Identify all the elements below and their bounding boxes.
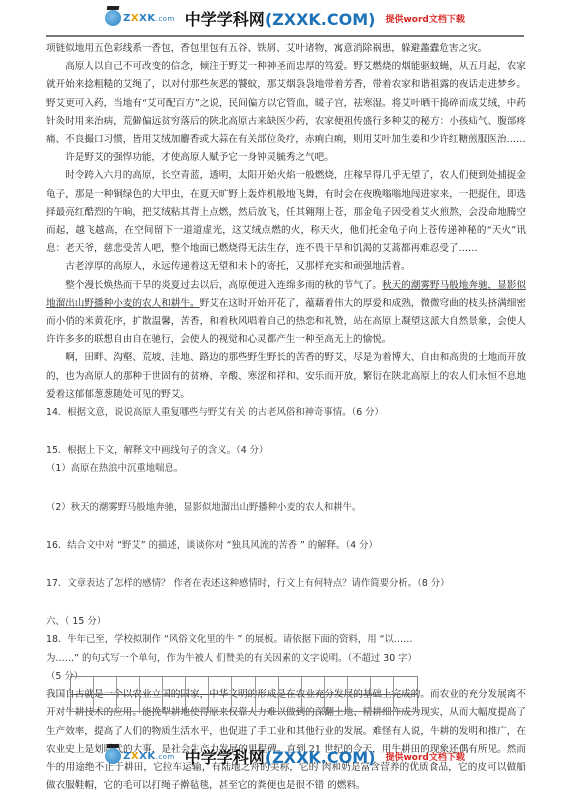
site-name: 中学学科网(ZXXK.COM) [185,745,376,768]
question-18-line-2: 为……” 的句式写一个单句，作为牛被人 们赞美的有关因素的文字说明。（不超过 3… [46,650,526,668]
answer-grid-cell[interactable] [279,677,302,695]
answer-grid-cell[interactable] [302,695,325,713]
answer-grid-cell[interactable] [371,695,394,713]
footer-banner: ZXXK.com 中学学科网(ZXXK.COM) 提供word文档下载 [0,744,570,768]
question-18-line-1: 18．牛年已至，学校拟制作 “风俗文化里的牛 ” 的展板。请依据下面的资料，用 … [46,631,526,649]
passage-paragraph: 啊，田畔、沟壑、荒坡、洼地、路边的那些野生野长的苦香的野艾，尽是为着博大、自由和… [46,349,526,404]
answer-grid-cell[interactable] [186,695,209,713]
passage-paragraph: 整个漫长焕热而干旱的炎夏过去以后，高原便进入连绵多雨的秋的节气了。秋天的潮雾野马… [46,277,526,350]
answer-grid-cell[interactable] [325,677,348,695]
logo-text: ZXXK.com [123,751,175,762]
answer-grid-cell[interactable] [348,695,371,713]
answer-grid-cell[interactable] [394,695,417,713]
answer-grid-cell[interactable] [71,677,94,695]
answer-grid-cell[interactable] [163,695,186,713]
answer-grid-cell[interactable] [117,677,140,695]
answer-grid-cell[interactable] [209,677,232,695]
answer-grid-cell[interactable] [94,695,117,713]
question-14: 14．根据文意，说说高原人重复哪些与野艾有关 的古老风俗和神奇事情。（6 分） [46,404,526,422]
answer-grid-cell[interactable] [140,695,163,713]
answer-grid-cell[interactable] [256,695,279,713]
answer-grid-cell[interactable] [209,695,232,713]
answer-grid-cell[interactable] [371,677,394,695]
answer-grid-cell[interactable] [394,677,417,695]
passage-paragraph: 许是野艾的强悍功能，才使高原人赋予它一身钟灵毓秀之气吧。 [46,149,526,167]
site-tagline: 提供word文档下载 [385,12,464,25]
site-name: 中学学科网(ZXXK.COM) [185,7,376,30]
answer-grid-cell[interactable] [140,677,163,695]
answer-grid-cell[interactable] [232,695,255,713]
question-15-part-1: （1）高原在热浪中沉重地喘息。 [46,460,526,478]
answer-grid-cell[interactable] [279,695,302,713]
answer-grid[interactable] [70,676,418,712]
question-16: 16．结合文中对 “野艾” 的描述，谈谈你对 “独具风流的苦香 ” 的解释。（4… [46,537,526,555]
answer-grid-cell[interactable] [256,677,279,695]
passage-paragraph: 古老淳厚的高原人，永远传递着这无望和未卜的寄托，又那样充实和顽强地活着。 [46,258,526,276]
site-tagline: 提供word文档下载 [385,750,464,763]
mascot-icon [105,748,121,764]
answer-grid-cell[interactable] [325,695,348,713]
question-15: 15．根据上下文，解释文中画线句子的含义。（4 分） [46,442,526,460]
zxxk-logo: ZXXK.com [105,10,175,26]
answer-grid-cell[interactable] [348,677,371,695]
question-17: 17．文章表达了怎样的感情？ 作者在表述这种感情时，行文上有何特点？请作简要分析… [46,575,526,593]
question-15-part-2: （2）秋天的潮雾野马般地奔驰，显影似地溜出山野播种小麦的农人和耕牛。 [46,499,526,517]
answer-grid-cell[interactable] [71,695,94,713]
answer-grid-cell[interactable] [117,695,140,713]
answer-grid-cell[interactable] [186,677,209,695]
answer-grid-cell[interactable] [232,677,255,695]
zxxk-logo: ZXXK.com [105,748,175,764]
mascot-icon [105,10,121,26]
header-banner: ZXXK.com 中学学科网(ZXXK.COM) 提供word文档下载 [0,6,570,30]
section-6-heading: 六、（ 15 分） [46,613,526,631]
passage-paragraph: 项链似地用五色彩线系一香包，香包里包有五谷、铁屑、艾叶诸物，寓意消除祸患，躲避蠡… [46,40,526,58]
passage-paragraph: 时令跨入六月的高原，长空青蓝，透明，太阳开始火焰一般燃烧，庄稼旱得几乎无望了，农… [46,167,526,258]
answer-grid-cell[interactable] [163,677,186,695]
logo-text: ZXXK.com [123,13,175,24]
answer-grid-cell[interactable] [302,677,325,695]
passage-paragraph: 高原人以自己不可改变的信念，倾注于野艾一种神圣而忠厚的笃爱。野艾燃烧的烟能驱蚊蝇… [46,58,526,149]
header-divider [46,35,524,37]
answer-grid-cell[interactable] [94,677,117,695]
